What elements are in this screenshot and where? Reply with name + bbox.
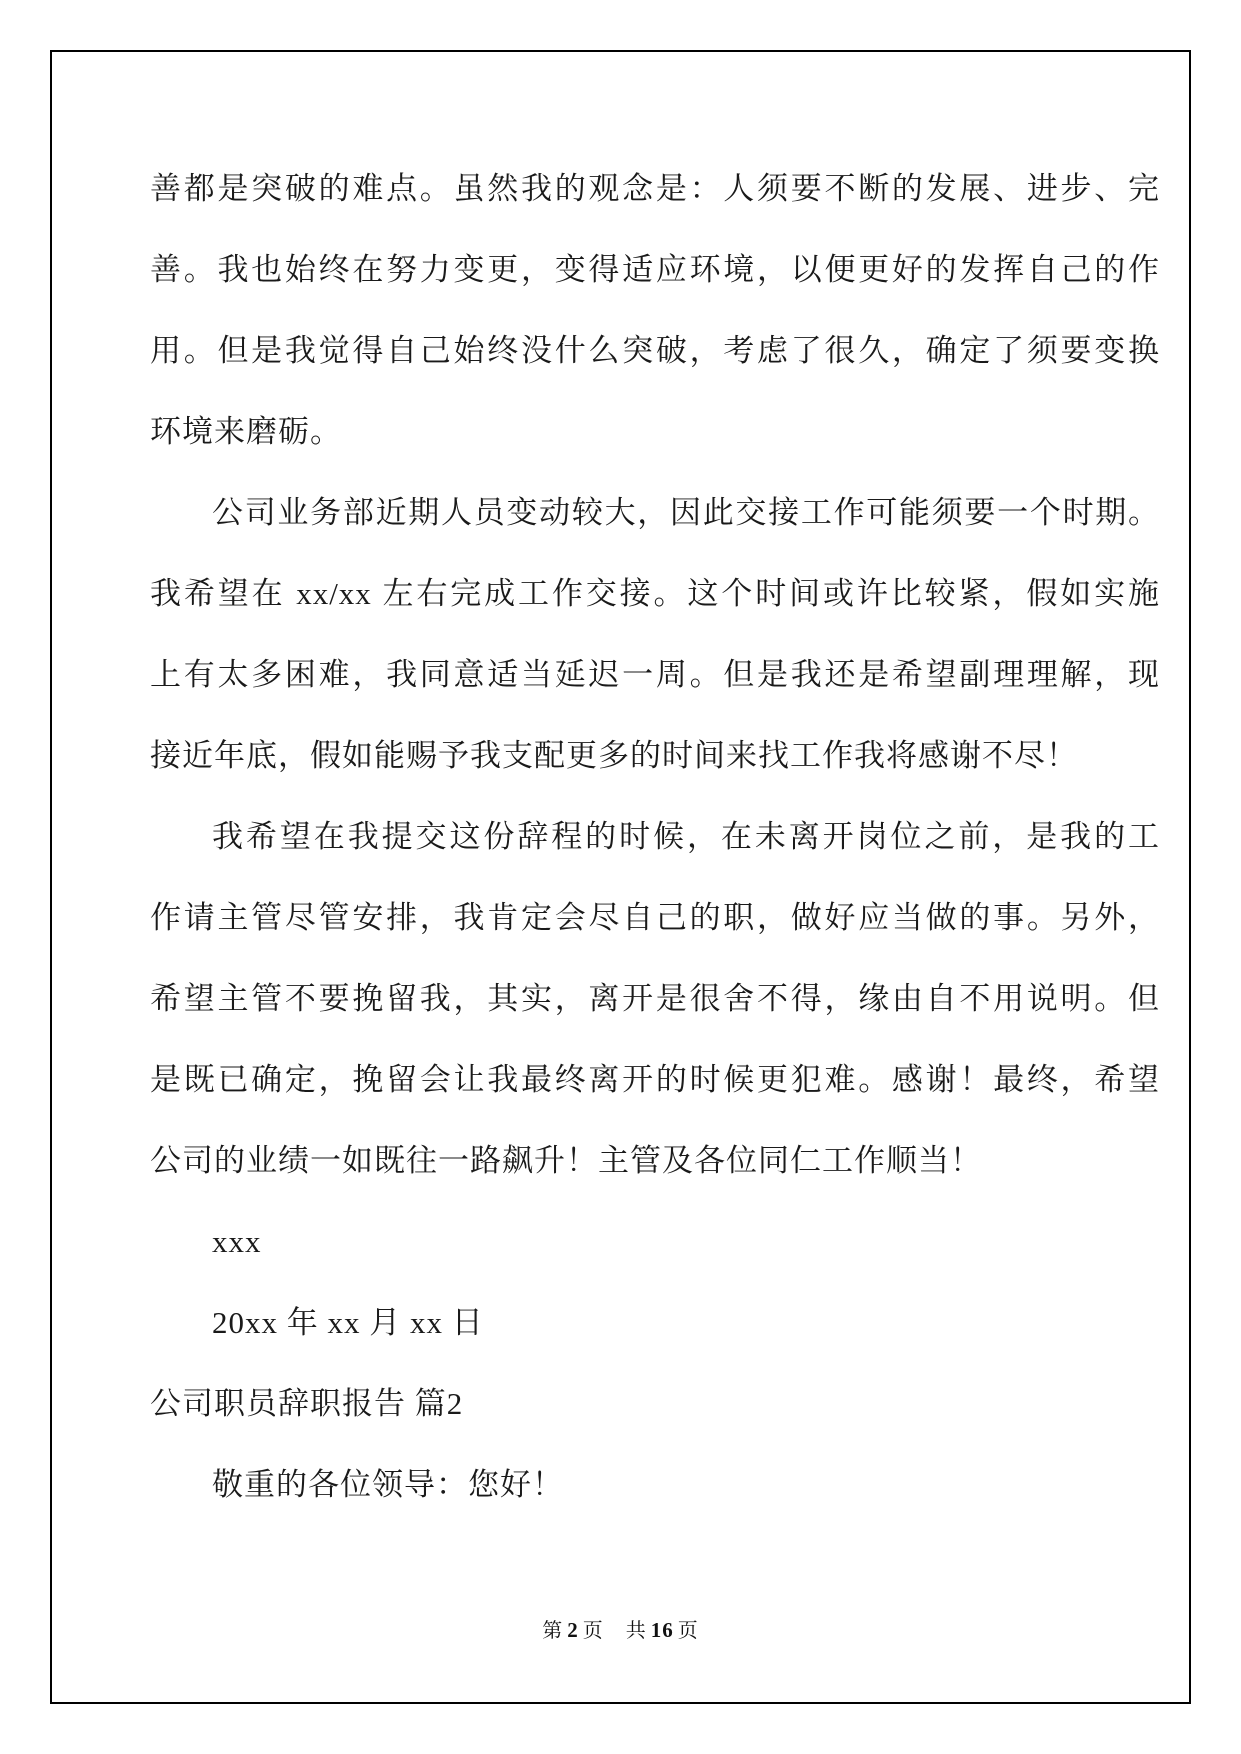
text-line: 环境来磨砺。 bbox=[150, 391, 1160, 472]
text-line: 上有太多困难，我同意适当延迟一周。但是我还是希望副理理解，现 bbox=[150, 634, 1160, 715]
text-line: 公司的业绩一如既往一路飙升！主管及各位同仁工作顺当！ bbox=[150, 1120, 1160, 1201]
total-page-number: 16 bbox=[651, 1618, 674, 1642]
text-line: 敬重的各位领导：您好！ bbox=[150, 1444, 1160, 1525]
total-pages-label: 共16页 bbox=[626, 1614, 699, 1643]
text-line: 希望主管不要挽留我，其实，离开是很舍不得，缘由自不用说明。但 bbox=[150, 958, 1160, 1039]
page-suffix-text: 页 bbox=[583, 1620, 604, 1642]
current-page-number: 2 bbox=[567, 1618, 579, 1642]
current-page-label: 第2页 bbox=[542, 1614, 604, 1643]
text-line: 作请主管尽管安排，我肯定会尽自己的职，做好应当做的事。另外， bbox=[150, 877, 1160, 958]
text-line: 公司职员辞职报告 篇2 bbox=[150, 1363, 1160, 1444]
text-line: 我希望在我提交这份辞程的时候，在未离开岗位之前，是我的工 bbox=[150, 796, 1160, 877]
total-suffix-text: 页 bbox=[678, 1620, 699, 1642]
text-line: 接近年底，假如能赐予我支配更多的时间来找工作我将感谢不尽！ bbox=[150, 715, 1160, 796]
text-line: 公司业务部近期人员变动较大，因此交接工作可能须要一个时期。 bbox=[150, 472, 1160, 553]
document-body: 善都是突破的难点。虽然我的观念是：人须要不断的发展、进步、完善。我也始终在努力变… bbox=[150, 148, 1160, 1525]
text-line: 我希望在 xx/xx 左右完成工作交接。这个时间或许比较紧，假如实施 bbox=[150, 553, 1160, 634]
text-line: xxx bbox=[150, 1201, 1160, 1282]
text-line: 是既已确定，挽留会让我最终离开的时候更犯难。感谢！最终，希望 bbox=[150, 1039, 1160, 1120]
page-prefix-text: 第 bbox=[542, 1620, 563, 1642]
text-line: 善都是突破的难点。虽然我的观念是：人须要不断的发展、进步、完 bbox=[150, 148, 1160, 229]
page-footer: 第2页共16页 bbox=[0, 1614, 1241, 1643]
text-line: 用。但是我觉得自己始终没什么突破，考虑了很久，确定了须要变换 bbox=[150, 310, 1160, 391]
total-prefix-text: 共 bbox=[626, 1620, 647, 1642]
document-page: 善都是突破的难点。虽然我的观念是：人须要不断的发展、进步、完善。我也始终在努力变… bbox=[0, 0, 1241, 1754]
text-line: 20xx 年 xx 月 xx 日 bbox=[150, 1282, 1160, 1363]
text-line: 善。我也始终在努力变更，变得适应环境，以便更好的发挥自己的作 bbox=[150, 229, 1160, 310]
